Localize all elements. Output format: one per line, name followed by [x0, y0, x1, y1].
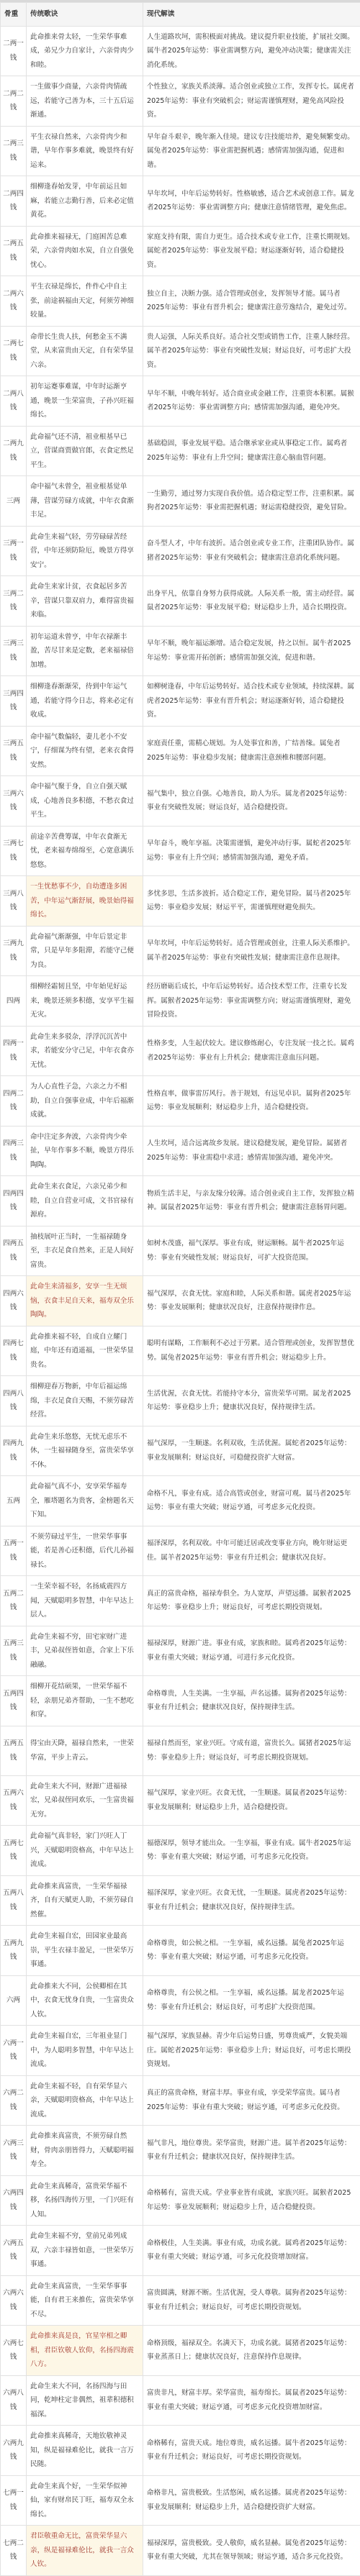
bone-weight-cell: 五两四钱	[1, 1676, 27, 1726]
bone-weight-cell: 四两二钱	[1, 1076, 27, 1127]
bone-weight-cell: 二两八钱	[1, 376, 27, 427]
table-row: 三两五钱命中福气数偏轻，妻儿老小不安宁，仔细谋为终有望，老来衣食得安然。家庭责任…	[1, 726, 360, 776]
traditional-verse-cell: 此命推来福禄无，门庭困苦总难荣，六亲骨肉如水炭，自立自强免忧心。	[27, 226, 143, 276]
traditional-verse-cell: 一生荣幸福不轻，名扬威震四方闻，天赋聪明多智慧，中年早达上层人。	[27, 1576, 143, 1626]
bone-weight-cell: 二两二钱	[1, 76, 27, 127]
modern-interpretation-cell: 福泽深厚，名利双收。中年可能迁居或改变事业方向，晚年财运更佳。属羊者2025年运…	[143, 1526, 360, 1576]
table-row: 四两一钱此命生来多驳杂，浮浮沉沉苦中求，若能安分守己足，中年衣食亦无忧。性格多变…	[1, 1026, 360, 1076]
table-row: 五两八钱此命推来真富贵，一生荣华福禄齐，自有天赋更人助，不须劳碌自然催。福泽深厚…	[1, 1875, 360, 1926]
traditional-verse-cell: 此命推来真富贵，不须劳碌自然财，骨肉亲朋皆得力，天赋聪明福寿全。	[27, 2126, 143, 2176]
modern-interpretation-cell: 如柳树逢春，中年后运势转好。适合技术或专业领域，持续深耕。属虎者2025年运势：…	[143, 676, 360, 727]
header-traditional-verse: 传统歌诀	[27, 3, 143, 27]
modern-interpretation-cell: 性格多变，人生起伏较大。建议修炼耐心，专注发展一技之长。属鸡者2025年运势：事…	[143, 1026, 360, 1076]
table-row: 四两二钱为人心直性子急，六亲之力不相助，自立自强事业成，中年后福渐成就。性格直率…	[1, 1076, 360, 1127]
traditional-verse-cell: 前途辛苦费筹谋，中年衣食渐无忧，老来福寿绵绵至，心宽意满乐悠悠。	[27, 826, 143, 876]
traditional-verse-cell: 此命推来真富贵，一生荣华福禄齐，自有天赋更人助，不须劳碌自然催。	[27, 1875, 143, 1926]
table-row: 三两一钱此命生来福气轻，劳劳碌碌苦经营，中年还须防险厄，晚景方得享安宁。奋斗型人…	[1, 526, 360, 576]
bone-weight-cell: 五两八钱	[1, 1875, 27, 1926]
traditional-verse-cell: 此命生来大不同，名扬四海与田同，乾坤柱定非偶然，祖辈积德积福深。	[27, 2375, 143, 2426]
modern-interpretation-cell: 真正的富贵命格，财富丰厚。事业有成，享受荣华富贵。属马者2025年运势：事业有重…	[143, 2075, 360, 2126]
bone-weight-cell: 五两	[1, 1476, 27, 1526]
bone-weight-cell: 三两九钱	[1, 926, 27, 976]
modern-interpretation-cell: 福德深厚，领导才能出众。一生享福，事业有成。属牛者2025年运势：事业有重大突破…	[143, 1826, 360, 1876]
table-row: 六两七钱此命推来真是良，官星宰相之卿相，君臣钦敬人钦仰，名扬四海震八方。命格顶级…	[1, 2326, 360, 2376]
traditional-verse-cell: 细柳逢春始发芽，中年前运且如麻，若能立志勤行善，后来必定值黄花。	[27, 176, 143, 227]
modern-interpretation-cell: 真正的富贵命格，福禄寿俱全。为人宽厚，声望远播。属猴者2025年运势：事业稳步上…	[143, 1576, 360, 1626]
table-row: 五两五钱得宝由天降，福禄自然来，一世荣华富，平步上青云。福禄自然而至，家业兴旺。…	[1, 1726, 360, 1775]
bone-weight-cell: 二两九钱	[1, 426, 27, 476]
modern-interpretation-cell: 家庭支持有限，需自力更生。适合技术或专业工作，注重长期规划。属蛇者2025年运势…	[143, 226, 360, 276]
modern-interpretation-cell: 基础稳固，事业发展平稳。适合继承家业或从事稳定工作。属鸡者2025年运势：事业有…	[143, 426, 360, 476]
modern-interpretation-cell: 奋斗型人才，中年有波折。适合创业或专业工作，注重团队协作。属猪者2025年运势：…	[143, 526, 360, 576]
traditional-verse-cell: 此命福气真非轻，家门兴旺人丁兴，天赋聪明资格高，中年早达上流成。	[27, 1826, 143, 1876]
modern-interpretation-cell: 人生坎坷，适合远离故乡发展。建议稳健发展，避免冒险。属猪者2025年运势：事业需…	[143, 1126, 360, 1176]
table-row: 六两三钱此命推来真富贵，不须劳碌自然财，骨肉亲朋皆得力，天赋聪明福寿全。福气非凡…	[1, 2126, 360, 2176]
modern-interpretation-cell: 命格不凡，事业有成。适合高管或创业，财富可观。属马者2025年运势：事业有重大突…	[143, 1476, 360, 1526]
bone-weight-cell: 六两八钱	[1, 2375, 27, 2426]
traditional-verse-cell: 此命生来真个好，一生荣华似神仙，家有财帛民丁旺，福寿双全永绵长。	[27, 2475, 143, 2526]
traditional-verse-cell: 不须劳碌过平生，一世荣华事事能，若是善心还积德，后代儿孙福禄长。	[27, 1526, 143, 1576]
table-row: 六两一钱此命生来福自宏，三年祖业显门中，为人聪明多智慧，中年早达上流成。福气深厚…	[1, 2026, 360, 2076]
bone-weight-cell: 二两七钱	[1, 326, 27, 376]
modern-interpretation-cell: 多忧多思，生活多波折。适合稳定工作，避免冒险。属马者2025年运势：事业稳步发展…	[143, 876, 360, 927]
traditional-verse-cell: 细柳迎春万物新，中年后福运绵绵，丰衣足食自天赐，不须劳碌苦经营。	[27, 1376, 143, 1426]
table-row: 二两二钱一生做事少商量，六亲骨肉情疏远，若能守己善为本，三十五后运渐通。个性独立…	[1, 76, 360, 127]
modern-interpretation-cell: 个性独立，家族关系淡薄。适合创业或独立工作，发挥专长。属虎者2025年运势：事业…	[143, 76, 360, 127]
bone-weight-cell: 五两七钱	[1, 1826, 27, 1876]
traditional-verse-cell-highlighted: 此命推来真是良，官星宰相之卿相，君臣钦敬人钦仰，名扬四海震八方。	[27, 2326, 143, 2376]
traditional-verse-cell: 此命生来大不同，财源广进福禄宏，兄弟叔侄同欢乐，一生富贵福无穷。	[27, 1775, 143, 1826]
bone-weight-cell: 六两一钱	[1, 2026, 27, 2076]
table-row: 六两六钱此命生来真富贵，一生荣华事事能，自有君王来推佐，富贵荣华享不尽。富贵圆满…	[1, 2275, 360, 2326]
table-row: 三两命中福气未曾全，祖业根基觉单薄，营谋劳碌方成就，中年衣食渐丰足。一生勤劳，通…	[1, 476, 360, 527]
table-row: 六两四钱此命生来真稀奇，富贵荣华福不移，名扬四海传万里，一门兴旺有人知。命格稀有…	[1, 2175, 360, 2226]
table-row: 五两四钱细柳开花结硕果，一世荣华福不轻，亲朋兄弟齐帮助，一生不愁吃和穿。命格尊贵…	[1, 1676, 360, 1726]
modern-interpretation-cell: 福气深厚，家族显赫。青少年后运势日盛，男尊贵威严，女貌美端庄。属蛇者2025年运…	[143, 2026, 360, 2076]
table-row: 二两八钱初年运蹇事难谋，中年时运渐亨通，晚景一生荣富贵，子孙兴旺福绵长。早年不顺…	[1, 376, 360, 427]
table-row: 四两四钱此命生来衣食足，六亲兄弟少和睦，自立自营业可成，文书官禄有源府。物质生活…	[1, 1176, 360, 1226]
traditional-verse-cell: 命中福气数偏轻，妻儿老小不安宁，仔细谋为终有望，老来衣食得安然。	[27, 726, 143, 776]
table-row: 二两七钱命带长生贵人扶，何愁金玉不满堂，从来富贵由天定，自有荣华显六亲。贵人运强…	[1, 326, 360, 376]
bone-weight-cell: 四两五钱	[1, 1226, 27, 1276]
bone-weight-cell: 四两	[1, 976, 27, 1027]
bone-weight-cell: 五两一钱	[1, 1526, 27, 1576]
bone-weight-cell: 三两七钱	[1, 826, 27, 876]
traditional-verse-cell: 此命生来多驳杂，浮浮沉沉苦中求，若能安分守己足，中年衣食亦无忧。	[27, 1026, 143, 1076]
traditional-verse-cell: 此命生来衣食足，六亲兄弟少和睦，自立自营业可成，文书官禄有源府。	[27, 1176, 143, 1226]
traditional-verse-cell: 平生衣禄自然来，六亲骨肉少和谐，早年作事多难就，晚景终有好运来。	[27, 126, 143, 176]
traditional-verse-cell: 为人心直性子急，六亲之力不相助，自立自强事业成，中年后福渐成就。	[27, 1076, 143, 1127]
bone-weight-cell: 六两六钱	[1, 2275, 27, 2326]
modern-interpretation-cell: 早年奋斗，晚年享福。决策需谨慎，避免冲动行事。属蛇者2025年运势：事业有上升空…	[143, 826, 360, 876]
traditional-verse-cell: 此命推来大不同，公侯卿相在其中，衣食无忧身自贵，一生富贵众人钦。	[27, 1975, 143, 2026]
traditional-verse-cell: 此命生来福不轻，自有荣华显六亲，天赋聪明资格高，中年早达上流成。	[27, 2075, 143, 2126]
bone-weight-cell: 七两二钱	[1, 2526, 27, 2576]
modern-interpretation-cell: 经历磨砺后成长，中年后运势转好。适合技术型工作，注重专长发挥。属猴者2025年运…	[143, 976, 360, 1027]
modern-interpretation-cell: 早年坎坷，中年后运势转好。适合管理或创业，注重人际关系维护。属羊者2025年运势…	[143, 926, 360, 976]
modern-interpretation-cell: 福气非凡，地位尊贵。荣华富贵，财源广进。属羊者2025年运势：事业有升迁机会；健…	[143, 2126, 360, 2176]
bone-weight-fortune-table: 骨重 传统歌诀 现代解读 二两一钱此命推来骨太轻，一生荣华事难成，弟兄少力自家计…	[0, 2, 360, 2576]
table-row: 二两一钱此命推来骨太轻，一生荣华事难成，弟兄少力自家计，六亲骨肉少和睦。人生道路…	[1, 26, 360, 76]
traditional-verse-cell: 细柳逢春渐渐荣，待到中年运气通，若能守得今日志，将来必定有收成。	[27, 676, 143, 727]
modern-interpretation-cell: 命格顶级，福禄双全。名满天下，功成名就。属猪者2025年运势：事业蒸蒸日上；健康…	[143, 2326, 360, 2376]
modern-interpretation-cell: 贵人运强，人际关系良好。适合社交型或销售工作，注重人脉经营。属羊者2025年运势…	[143, 326, 360, 376]
bone-weight-cell: 三两二钱	[1, 576, 27, 627]
modern-interpretation-cell: 家庭责任重，需精心规划。为人处事宜和善，广结善缘。属兔者2025年运势：事业稳步…	[143, 726, 360, 776]
table-row: 四两七钱此命推来福不轻，自成自立耀门庭，中年还有逍遥福，一世荣华显贵名。聪明有谋…	[1, 1326, 360, 1376]
table-row: 二两九钱此命福气还不清，祖业根基早已立，营谋商贾做官郎，衣食定然足平生。基础稳固…	[1, 426, 360, 476]
table-row: 六两五钱此命生来福不穷，堂前兄弟列成双，六亲丰禄皆如意，一世荣华万事通。命格极佳…	[1, 2226, 360, 2276]
bone-weight-cell: 五两三钱	[1, 1626, 27, 1676]
table-row: 三两七钱前途辛苦费筹谋，中年衣食渐无忧，老来福寿绵绵至，心宽意满乐悠悠。早年奋斗…	[1, 826, 360, 876]
bone-weight-cell: 二两三钱	[1, 126, 27, 176]
bone-weight-cell: 二两六钱	[1, 276, 27, 327]
modern-interpretation-cell: 性格直率，做事雷厉风行。善于规划，有远见卓识。属狗者2025年运势：事业发展顺利…	[143, 1076, 360, 1127]
bone-weight-cell: 六两二钱	[1, 2075, 27, 2126]
modern-interpretation-cell: 生活优渥，衣食无忧。若能持守本分，富贵荣华可期。属龙者2025年运势：事业稳步上…	[143, 1376, 360, 1426]
bone-weight-cell: 六两四钱	[1, 2175, 27, 2226]
bone-weight-cell: 五两六钱	[1, 1775, 27, 1826]
header-weight: 骨重	[1, 3, 27, 27]
bone-weight-cell: 四两八钱	[1, 1376, 27, 1426]
table-row: 三两四钱细柳逢春渐渐荣，待到中年运气通，若能守得今日志，将来必定有收成。如柳树逢…	[1, 676, 360, 727]
modern-interpretation-cell: 福禄深厚，富贵极致。受人敬仰，威名显赫。属兔者2025年运势：事业有重大突破，尤…	[143, 2526, 360, 2576]
traditional-verse-cell: 细柳经霜韧且坚，中年始见好运来，晚景还须多积德，安享平生福无灾。	[27, 976, 143, 1027]
modern-interpretation-cell: 早年不顺，中晚年转好。适合商业或金融工作，注重资本积累。属猴者2025年运势：事…	[143, 376, 360, 427]
table-row: 三两九钱此命福气渐渐强，中年后景定非常，只是早年多阻滞，若能守己便为良。早年坎坷…	[1, 926, 360, 976]
bone-weight-cell: 三两四钱	[1, 676, 27, 727]
traditional-verse-cell: 此命推来骨太轻，一生荣华事难成，弟兄少力自家计，六亲骨肉少和睦。	[27, 26, 143, 76]
bone-weight-cell: 四两一钱	[1, 1026, 27, 1076]
modern-interpretation-cell: 一生勤劳，通过努力实现自我价值。适合稳定型工作，注重积累。属狗者2025年运势：…	[143, 476, 360, 527]
traditional-verse-cell: 命中福气聚于身，自立自强天赋成，心地善良多积德，不愁衣食过平生。	[27, 776, 143, 827]
modern-interpretation-cell: 独立自主，决断力强。适合管理或创业，发挥领导才能。属马者2025年运势：事业有晋…	[143, 276, 360, 327]
modern-interpretation-cell: 富贵非凡，财富丰厚。荣华富贵，福寿绵长。属鼠者2025年运势：事业有重大突破；财…	[143, 2375, 360, 2426]
traditional-verse-cell: 初年运道未曾亨，中年衣禄渐丰盈，苦尽甘来是定数，老来福禄倍加增。	[27, 626, 143, 676]
bone-weight-cell: 六两三钱	[1, 2126, 27, 2176]
bone-weight-cell: 四两三钱	[1, 1126, 27, 1176]
traditional-verse-cell: 此命生来福自宏，田园家业最高崇，平生衣禄丰盈足，一世荣华万事通。	[27, 1926, 143, 1976]
table-row: 四两九钱此命生来乐悠悠，无忧无虑乐不休，一生福禄随身至，富贵荣华享不休。福气深厚…	[1, 1426, 360, 1476]
bone-weight-cell: 六两	[1, 1975, 27, 2026]
bone-weight-cell: 五两九钱	[1, 1926, 27, 1976]
traditional-verse-cell: 此命生来乐悠悠，无忧无虑乐不休，一生福禄随身至，富贵荣华享不休。	[27, 1426, 143, 1476]
traditional-verse-cell: 此命生来真富贵，一生荣华事事能，自有君王来推佐，富贵荣华享不尽。	[27, 2275, 143, 2326]
modern-interpretation-cell: 命格尊贵，人生美满。一生享福，声名远播。属狗者2025年运势：事业有升迁机会；健…	[143, 1676, 360, 1726]
traditional-verse-cell: 此命生来福自宏，三年祖业显门中，为人聪明多智慧，中年早达上流成。	[27, 2026, 143, 2076]
bone-weight-cell: 六两五钱	[1, 2226, 27, 2276]
traditional-verse-cell-highlighted: 君臣敬重命无比，富贵荣华显六亲，纵是福禄难伦比，就我一言众人钦。	[27, 2526, 143, 2576]
table-row: 五两三钱此命生来福不穷，田宅家财广进丰，兄弟叔侄皆如意，合家上下乐融融。福禄深厚…	[1, 1626, 360, 1676]
modern-interpretation-cell: 福泽深厚，家业兴旺。衣食无忧，一生顺遂。属虎者2025年运势：事业有升迁机会；健…	[143, 1875, 360, 1926]
bone-weight-cell: 四两四钱	[1, 1176, 27, 1226]
modern-interpretation-cell: 福禄深厚，财源广进。事业有成，家族和睦。属鸡者2025年运势：事业有重大突破；财…	[143, 1626, 360, 1676]
table-row: 四两八钱细柳迎春万物新，中年后福运绵绵，丰衣足食自天赐，不须劳碌苦经营。生活优渥…	[1, 1376, 360, 1426]
table-row: 六两二钱此命生来福不轻，自有荣华显六亲，天赋聪明资格高，中年早达上流成。真正的富…	[1, 2075, 360, 2126]
header-modern-interpretation: 现代解读	[143, 3, 360, 27]
modern-interpretation-cell: 福气深厚，衣食无忧。家庭和睦，人际关系和谐。属虎者2025年运势：事业发展顺利；…	[143, 1276, 360, 1326]
table-row: 三两三钱初年运道未曾亨，中年衣禄渐丰盈，苦尽甘来是定数，老来福禄倍加增。早年不顺…	[1, 626, 360, 676]
table-row: 六两此命推来大不同，公侯卿相在其中，衣食无忧身自贵，一生富贵众人钦。命格尊贵，有…	[1, 1975, 360, 2026]
table-row: 七两一钱此命生来真个好，一生荣华似神仙，家有财帛民丁旺，福寿双全永绵长。命格非凡…	[1, 2475, 360, 2526]
table-row: 六两八钱此命生来大不同，名扬四海与田同，乾坤柱定非偶然，祖辈积德积福深。富贵非凡…	[1, 2375, 360, 2426]
modern-interpretation-cell: 如树木茂盛，福气深厚。事业有成，财运顺畅。属牛者2025年运势：事业有突破性发展…	[143, 1226, 360, 1276]
table-row: 四两三钱命中注定多奔波，六亲骨肉少牵扯，早年作事多不顺，晚景方得乐陶陶。人生坎坷…	[1, 1126, 360, 1176]
bone-weight-cell: 六两七钱	[1, 2326, 27, 2376]
traditional-verse-cell: 此命福气渐渐强，中年后景定非常，只是早年多阻滞，若能守己便为良。	[27, 926, 143, 976]
bone-weight-cell: 四两九钱	[1, 1426, 27, 1476]
table-row: 五两六钱此命生来大不同，财源广进福禄宏，兄弟叔侄同欢乐，一生富贵福无穷。福气深厚…	[1, 1775, 360, 1826]
modern-interpretation-cell: 早年坎坷，中年后运势转好。性格敏感，适合艺术或创意工作。属龙者2025年运势：事…	[143, 176, 360, 227]
bone-weight-cell: 五两二钱	[1, 1576, 27, 1626]
traditional-verse-cell: 此命推来真稀奇，天地钦敬神灵知，纵是福禄难伦比，就我一言万民随。	[27, 2426, 143, 2476]
modern-interpretation-cell: 人生道路坎坷，需积极面对挑战。建议提升职业技能，扩展社交圈。属牛者2025年运势…	[143, 26, 360, 76]
table-row: 七两二钱君臣敬重命无比，富贵荣华显六亲，纵是福禄难伦比，就我一言众人钦。福禄深厚…	[1, 2526, 360, 2576]
table-row: 四两六钱此命生来清福多，安享一生无烦恼，衣食丰足自天来，福寿双全乐陶陶。福气深厚…	[1, 1276, 360, 1326]
traditional-verse-cell: 细柳开花结硕果，一世荣华福不轻，亲朋兄弟齐帮助，一生不愁吃和穿。	[27, 1676, 143, 1726]
table-row: 五两一钱不须劳碌过平生，一世荣华事事能，若是善心还积德，后代儿孙福禄长。福泽深厚…	[1, 1526, 360, 1576]
bone-weight-cell: 五两五钱	[1, 1726, 27, 1775]
modern-interpretation-cell: 福禄自然而至，家业兴旺。守成有道，富贵长久。属猪者2025年运势：事业稳步上升；…	[143, 1726, 360, 1775]
bone-weight-cell: 二两一钱	[1, 26, 27, 76]
modern-interpretation-cell: 出身平凡，依靠自身努力获得成就。人际关系一般，需主动经营。属鼠者2025年运势：…	[143, 576, 360, 627]
table-row: 二两五钱此命推来福禄无，门庭困苦总难荣，六亲骨肉如水炭，自立自强免忧心。家庭支持…	[1, 226, 360, 276]
table-row: 二两三钱平生衣禄自然来，六亲骨肉少和谐，早年作事多难就，晚景终有好运来。早年奋斗…	[1, 126, 360, 176]
table-row: 三两二钱此命生来家计贫，衣食起居多苦辛，营谋只靠双肩力，难得富贵福来临。出身平凡…	[1, 576, 360, 627]
bone-weight-cell: 四两六钱	[1, 1276, 27, 1326]
modern-interpretation-cell: 富贵圆满，财源不断。生活优渥，受人尊敬。属狗者2025年运势：事业有升迁机会；财…	[143, 2275, 360, 2326]
bone-weight-cell: 三两一钱	[1, 526, 27, 576]
modern-interpretation-cell: 命格尊贵，有公侯之相。一生享福，威名远播。属龙者2025年运势：事业有升迁机会；…	[143, 1975, 360, 2026]
modern-interpretation-cell: 命格稀有，富贵天成。学业事业皆有成就，家族兴旺。属猴者2025年运势：事业发展顺…	[143, 2175, 360, 2226]
bone-weight-cell: 二两四钱	[1, 176, 27, 227]
bone-weight-cell: 七两一钱	[1, 2475, 27, 2526]
table-row: 五两九钱此命生来福自宏，田园家业最高崇，平生衣禄丰盈足，一世荣华万事通。命格尊贵…	[1, 1926, 360, 1976]
traditional-verse-cell: 此命福气还不清，祖业根基早已立，营谋商贾做官郎，衣食定然足平生。	[27, 426, 143, 476]
modern-interpretation-cell: 命格极佳，人生美满。事业有成，功成名就。属鸡者2025年运势：事业有重大突破；财…	[143, 2226, 360, 2276]
traditional-verse-cell: 抽枝展叶正当时，一生福禄随身至，丰衣足食自然来，正是人间好富贵。	[27, 1226, 143, 1276]
traditional-verse-cell: 此命推来福不轻，自成自立耀门庭，中年还有逍遥福，一世荣华显贵名。	[27, 1326, 143, 1376]
traditional-verse-cell: 此命生来家计贫，衣食起居多苦辛，营谋只靠双肩力，难得富贵福来临。	[27, 576, 143, 627]
modern-interpretation-cell: 命格稀有，富贵天成。地位尊贵，威名远播。属牛者2025年运势：事业有升迁机会；财…	[143, 2426, 360, 2476]
bone-weight-cell: 四两七钱	[1, 1326, 27, 1376]
bone-weight-cell: 三两	[1, 476, 27, 527]
bone-weight-fortune-table-container: 骨重 传统歌诀 现代解读 二两一钱此命推来骨太轻，一生荣华事难成，弟兄少力自家计…	[0, 0, 360, 2576]
traditional-verse-cell: 命中注定多奔波，六亲骨肉少牵扯，早年作事多不顺，晚景方得乐陶陶。	[27, 1126, 143, 1176]
traditional-verse-cell: 得宝由天降，福禄自然来，一世荣华富，平步上青云。	[27, 1726, 143, 1775]
traditional-verse-cell: 此命生来福气轻，劳劳碌碌苦经营，中年还须防险厄，晚景方得享安宁。	[27, 526, 143, 576]
modern-interpretation-cell: 物质生活丰足，与亲友缘分较薄。适合创业或自主工作，发挥独立精神。属鼠者2025年…	[143, 1176, 360, 1226]
table-row: 二两六钱平生衣禄是绵长，件件心中自主张，前途祸福由天定，何须劳神细较量。独立自主…	[1, 276, 360, 327]
table-row: 四两五钱抽枝展叶正当时，一生福禄随身至，丰衣足食自然来，正是人间好富贵。如树木茂…	[1, 1226, 360, 1276]
table-row: 五两二钱一生荣幸福不轻，名扬威震四方闻，天赋聪明多智慧，中年早达上层人。真正的富…	[1, 1576, 360, 1626]
modern-interpretation-cell: 早年奋斗艰辛，晚年渐入佳境。建议专注技能培养，避免频繁变动。属兔者2025年运势…	[143, 126, 360, 176]
traditional-verse-cell: 此命生来福不穷，堂前兄弟列成双，六亲丰禄皆如意，一世荣华万事通。	[27, 2226, 143, 2276]
traditional-verse-cell: 一生做事少商量，六亲骨肉情疏远，若能守己善为本，三十五后运渐通。	[27, 76, 143, 127]
traditional-verse-cell: 此命福气真不小，安享荣华福寿全，雁塔题名为贵客，金榜题名天下知。	[27, 1476, 143, 1526]
modern-interpretation-cell: 福气集中，独立自强。心地善良，助人为乐。属龙者2025年运势：事业有突破性发展；…	[143, 776, 360, 827]
traditional-verse-cell: 平生衣禄是绵长，件件心中自主张，前途祸福由天定，何须劳神细较量。	[27, 276, 143, 327]
table-row: 四两细柳经霜韧且坚，中年始见好运来，晚景还须多积德，安享平生福无灾。经历磨砺后成…	[1, 976, 360, 1027]
traditional-verse-cell: 命带长生贵人扶，何愁金玉不满堂，从来富贵由天定，自有荣华显六亲。	[27, 326, 143, 376]
traditional-verse-cell: 命中福气未曾全，祖业根基觉单薄，营谋劳碌方成就，中年衣食渐丰足。	[27, 476, 143, 527]
table-header-row: 骨重 传统歌诀 现代解读	[1, 3, 360, 27]
modern-interpretation-cell: 福气深厚，一生顺遂。名利双收，生活优渥。属蛇者2025年运势：事业发展顺利；财运…	[143, 1426, 360, 1476]
traditional-verse-cell-highlighted: 此命生来清福多，安享一生无烦恼，衣食丰足自天来，福寿双全乐陶陶。	[27, 1276, 143, 1326]
bone-weight-cell: 六两九钱	[1, 2426, 27, 2476]
table-row: 五两七钱此命福气真非轻，家门兴旺人丁兴，天赋聪明资格高，中年早达上流成。福德深厚…	[1, 1826, 360, 1876]
bone-weight-cell: 三两五钱	[1, 726, 27, 776]
table-row: 五两此命福气真不小，安享荣华福寿全，雁塔题名为贵客，金榜题名天下知。命格不凡，事…	[1, 1476, 360, 1526]
bone-weight-cell: 三两六钱	[1, 776, 27, 827]
bone-weight-cell: 三两三钱	[1, 626, 27, 676]
modern-interpretation-cell: 命格非凡，富贵极致。生活悠闲，威名远播。属虎者2025年运势：事业发展顺利；财运…	[143, 2475, 360, 2526]
table-row: 三两六钱命中福气聚于身，自立自强天赋成，心地善良多积德，不愁衣食过平生。福气集中…	[1, 776, 360, 827]
table-row: 六两九钱此命推来真稀奇，天地钦敬神灵知，纵是福禄难伦比，就我一言万民随。命格稀有…	[1, 2426, 360, 2476]
table-body: 二两一钱此命推来骨太轻，一生荣华事难成，弟兄少力自家计，六亲骨肉少和睦。人生道路…	[1, 26, 360, 2575]
traditional-verse-cell: 此命生来福不穷，田宅家财广进丰，兄弟叔侄皆如意，合家上下乐融融。	[27, 1626, 143, 1676]
modern-interpretation-cell: 聪明有谋略，工作顺利不必过于劳累。适合管理或创业，发挥智慧优势。属兔者2025年…	[143, 1326, 360, 1376]
modern-interpretation-cell: 福气深厚，家业兴旺。衣食无忧，一生顺遂。属鼠者2025年运势：事业发展顺利；财运…	[143, 1775, 360, 1826]
table-row: 二两四钱细柳逢春始发芽，中年前运且如麻，若能立志勤行善，后来必定值黄花。早年坎坷…	[1, 176, 360, 227]
traditional-verse-cell: 此命生来真稀奇，富贵荣华福不移，名扬四海传万里，一门兴旺有人知。	[27, 2175, 143, 2226]
traditional-verse-cell: 初年运蹇事难谋，中年时运渐亨通，晚景一生荣富贵，子孙兴旺福绵长。	[27, 376, 143, 427]
modern-interpretation-cell: 早年不顺，晚年福运渐增。适合稳定发展，持之以恒。属牛者2025年运势：事业需开拓…	[143, 626, 360, 676]
table-row: 三两八钱一生忧愁事不少，自幼遭逢多困苦，中年运气渐舒展，晚景始得福绵长。多忧多思…	[1, 876, 360, 927]
traditional-verse-cell-highlighted: 一生忧愁事不少，自幼遭逢多困苦，中年运气渐舒展，晚景始得福绵长。	[27, 876, 143, 927]
modern-interpretation-cell: 命格尊贵，如公候之相。一生享福，威名远播。属兔者2025年运势：事业有重大突破；…	[143, 1926, 360, 1976]
bone-weight-cell: 三两八钱	[1, 876, 27, 927]
bone-weight-cell: 二两五钱	[1, 226, 27, 276]
